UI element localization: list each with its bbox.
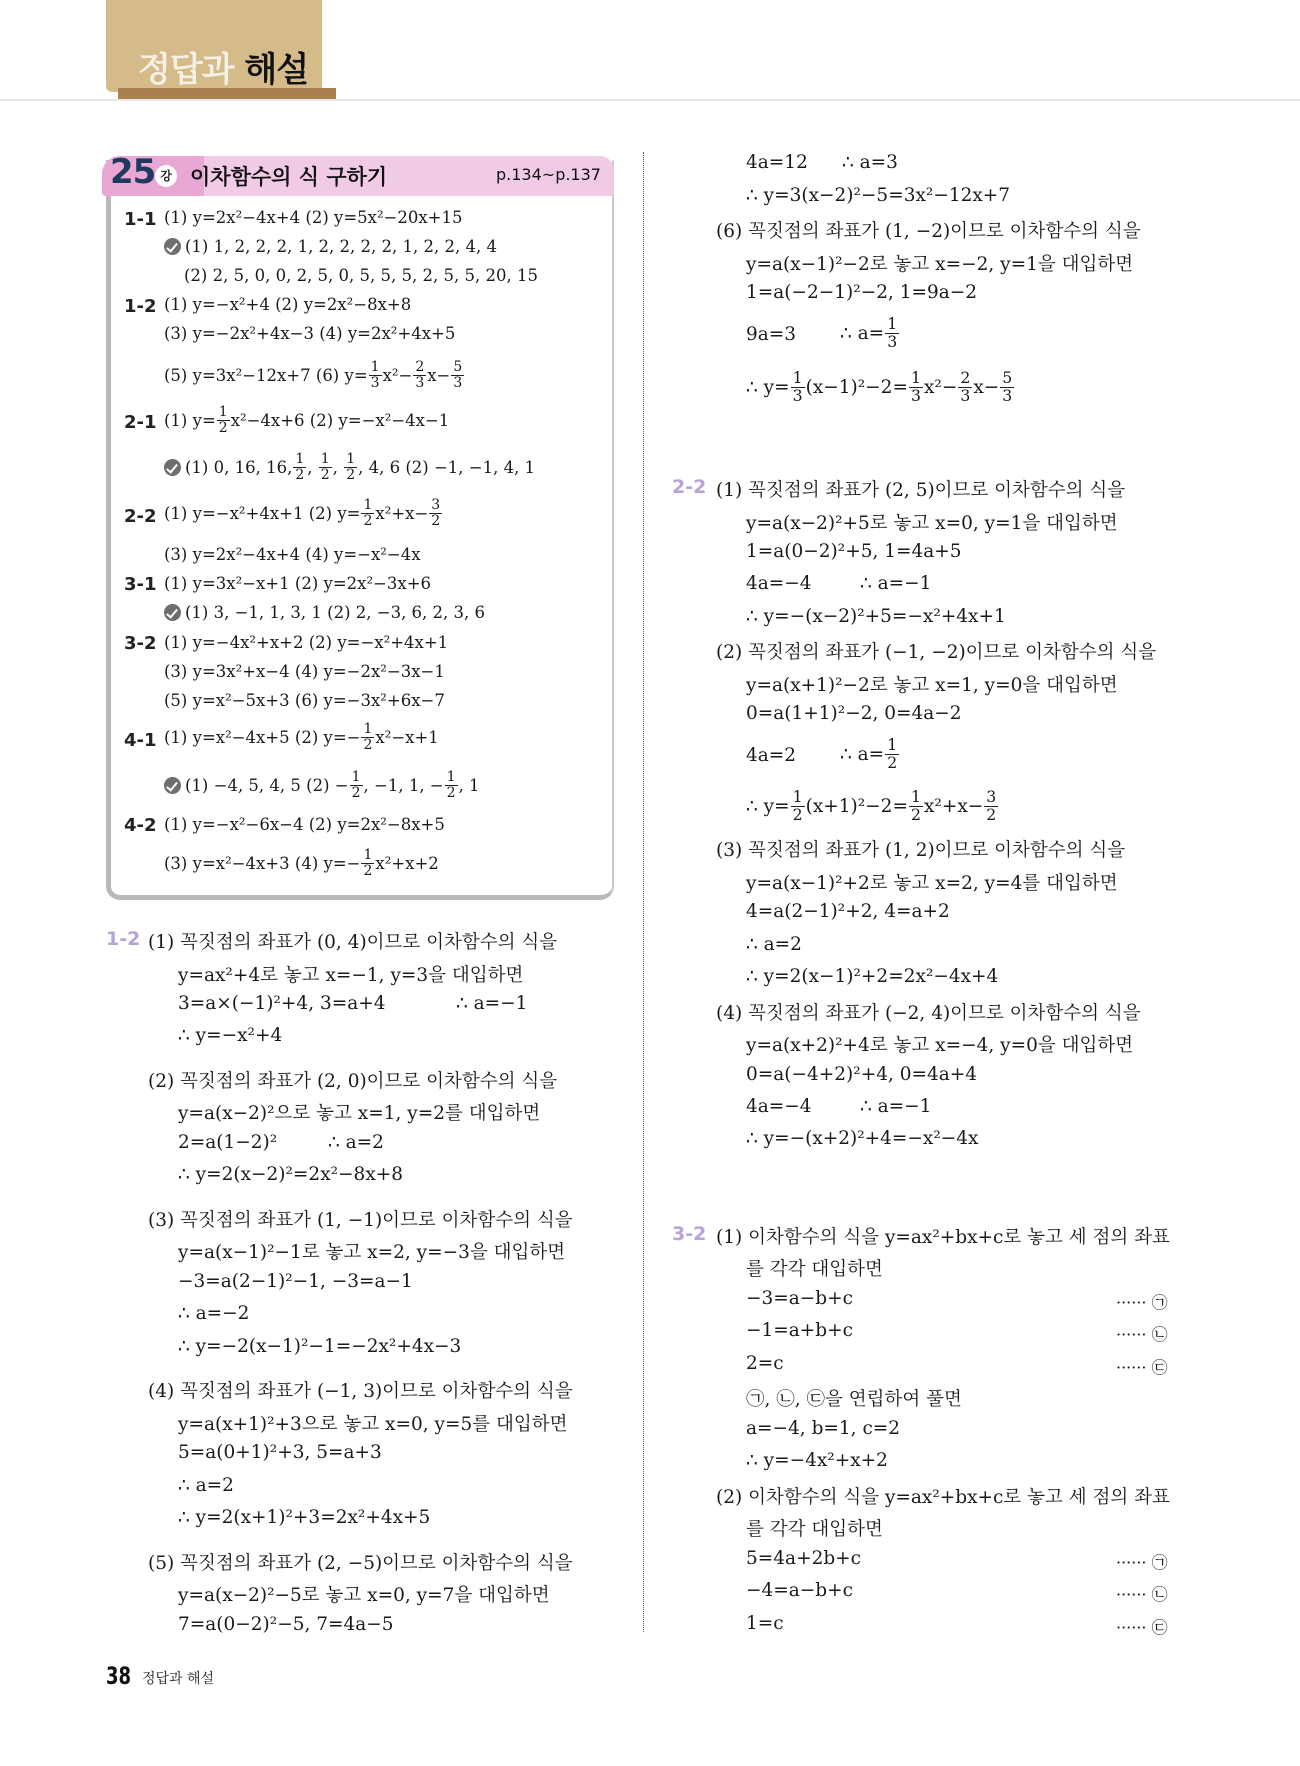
solution-line: 4=a(2−1)²+2, 4=a+2 bbox=[746, 901, 950, 922]
answer-text: (3) y=x²−4x+3 (4) y=− bbox=[164, 854, 360, 873]
answer-label: 2-1 bbox=[124, 412, 157, 433]
solution-line: ∴ y= 12 (x+1)²−2= 12 x²+x− 32 bbox=[746, 789, 999, 823]
page-title-dark: 해설 bbox=[244, 50, 308, 90]
answer-label: 4-2 bbox=[124, 815, 157, 836]
solution-line: −3=a(2−1)²−1, −3=a−1 bbox=[178, 1271, 413, 1292]
equation-marker-1: ······ ㉠ bbox=[1116, 1550, 1168, 1573]
fraction: 12 bbox=[445, 770, 458, 800]
solution-line: (3) 꼭짓점의 좌표가 (1, 2)이므로 이차함수의 식을 bbox=[716, 836, 1125, 862]
solution-text: (x−1)²−2= bbox=[806, 377, 908, 398]
solution-line: 5=a(0+1)²+3, 5=a+3 bbox=[178, 1442, 382, 1463]
solution-text: x− bbox=[973, 377, 999, 398]
solution-line: ∴ y=−(x+2)²+4=−x²−4x bbox=[746, 1128, 979, 1149]
solution-text: x²− bbox=[924, 377, 957, 398]
fraction: 32 bbox=[429, 498, 442, 528]
hint-line: (1) 0, 16, 16, 12, 12, 12 , 4, 6 (2) −1,… bbox=[164, 452, 535, 482]
solution-line: −4=a−b+c bbox=[746, 1580, 853, 1601]
solution-line: (2) 이차함수의 식을 y=ax²+bx+c로 놓고 세 점의 좌표 bbox=[716, 1483, 1170, 1509]
solution-text: x²+x− bbox=[924, 796, 983, 817]
header-divider bbox=[0, 99, 1300, 101]
hint-line: (1) −4, 5, 4, 5 (2) − 12 , −1, 1, − 12 ,… bbox=[164, 770, 480, 800]
solution-line: ∴ a=2 bbox=[178, 1475, 234, 1496]
fraction: 13 bbox=[791, 370, 805, 404]
fraction: 53 bbox=[451, 360, 464, 390]
solution-line: (4) 꼭짓점의 좌표가 (−1, 3)이므로 이차함수의 식을 bbox=[148, 1377, 573, 1403]
solution-line: y=a(x−1)²+2로 놓고 x=2, y=4를 대입하면 bbox=[746, 869, 1118, 895]
answer-line: (1) y= 12 x²−4x+6 (2) y=−x²−4x−1 bbox=[164, 405, 449, 435]
equation-marker-2: ······ ㉡ bbox=[1116, 1582, 1168, 1605]
answer-line: (1) y=−4x²+x+2 (2) y=−x²+4x+1 bbox=[164, 633, 448, 652]
page-title-light: 정답과 bbox=[138, 50, 234, 90]
solution-line: 4a=12 bbox=[746, 152, 808, 173]
solution-line: (2) 꼭짓점의 좌표가 (2, 0)이므로 이차함수의 식을 bbox=[148, 1067, 557, 1093]
hint-text: , −1, 1, − bbox=[364, 776, 444, 795]
solution-line: ∴ a= 12 bbox=[840, 737, 900, 771]
hint-line: (1) 1, 2, 2, 2, 1, 2, 2, 2, 2, 1, 2, 2, … bbox=[164, 237, 497, 256]
hint-icon bbox=[164, 238, 181, 255]
answer-text: x²+x− bbox=[375, 504, 428, 523]
solution-line: y=a(x−2)²−5로 놓고 x=0, y=7을 대입하면 bbox=[178, 1581, 550, 1607]
solution-line: y=a(x+1)²+3으로 놓고 x=0, y=5를 대입하면 bbox=[178, 1410, 567, 1436]
answer-text: (5) y=3x²−12x+7 (6) y= bbox=[164, 366, 368, 385]
equation-marker-2: ······ ㉡ bbox=[1116, 1322, 1168, 1345]
hint-text: , 1 bbox=[459, 776, 480, 795]
answer-text: x²+x+2 bbox=[375, 854, 438, 873]
fraction: 23 bbox=[413, 360, 426, 390]
solution-line: 를 각각 대입하면 bbox=[746, 1255, 883, 1281]
solution-line: ∴ y=2(x−1)²+2=2x²−4x+4 bbox=[746, 966, 998, 987]
solution-line: (6) 꼭짓점의 좌표가 (1, −2)이므로 이차함수의 식을 bbox=[716, 217, 1141, 243]
column-divider bbox=[643, 152, 644, 1632]
fraction: 13 bbox=[369, 360, 382, 390]
answer-line: (3) y=2x²−4x+4 (4) y=−x²−4x bbox=[164, 545, 421, 564]
solution-line: ∴ a= 13 bbox=[840, 316, 900, 350]
lesson-number: 25 bbox=[110, 152, 155, 192]
fraction: 12 bbox=[217, 405, 230, 435]
hint-icon bbox=[164, 604, 181, 621]
solution-line: ∴ y=−(x−2)²+5=−x²+4x+1 bbox=[746, 606, 1006, 627]
solution-line: (1) 꼭짓점의 좌표가 (2, 5)이므로 이차함수의 식을 bbox=[716, 476, 1125, 502]
solution-line: ∴ a=−2 bbox=[178, 1303, 249, 1324]
solution-line: 1=a(0−2)²+5, 1=4a+5 bbox=[746, 541, 962, 562]
fraction: 12 bbox=[361, 848, 374, 878]
solution-line: ㉠, ㉡, ㉢을 연립하여 풀면 bbox=[746, 1385, 962, 1411]
solution-line: −3=a−b+c bbox=[746, 1288, 853, 1309]
answer-line: (5) y=x²−5x+3 (6) y=−3x²+6x−7 bbox=[164, 691, 445, 710]
answer-text: (1) y=x²−4x+5 (2) y=− bbox=[164, 728, 360, 747]
solution-line: (5) 꼭짓점의 좌표가 (2, −5)이므로 이차함수의 식을 bbox=[148, 1549, 573, 1575]
hint-text: (1) 3, −1, 1, 3, 1 (2) 2, −3, 6, 2, 3, 6 bbox=[185, 603, 485, 622]
lesson-pages: p.134~p.137 bbox=[496, 165, 601, 184]
solution-line: (4) 꼭짓점의 좌표가 (−2, 4)이므로 이차함수의 식을 bbox=[716, 999, 1141, 1025]
solution-line: y=a(x−1)²−1로 놓고 x=2, y=−3을 대입하면 bbox=[178, 1238, 565, 1264]
fraction: 32 bbox=[984, 789, 998, 823]
solution-line: ∴ y=−4x²+x+2 bbox=[746, 1450, 888, 1471]
solution-line: ∴ a=3 bbox=[842, 152, 898, 173]
fraction: 13 bbox=[909, 370, 923, 404]
solution-line: (3) 꼭짓점의 좌표가 (1, −1)이므로 이차함수의 식을 bbox=[148, 1206, 573, 1232]
solution-label: 2-2 bbox=[672, 476, 706, 498]
solution-line: ∴ a=−1 bbox=[860, 1096, 931, 1117]
answer-text: x− bbox=[427, 366, 450, 385]
solution-line: 0=a(−4+2)²+4, 0=4a+4 bbox=[746, 1064, 977, 1085]
solution-line: 0=a(1+1)²−2, 0=4a−2 bbox=[746, 703, 962, 724]
fraction: 12 bbox=[909, 789, 923, 823]
hint-text: (1) 0, 16, 16, bbox=[185, 458, 292, 477]
answer-label: 3-2 bbox=[124, 633, 157, 654]
footer-text: 정답과 해설 bbox=[142, 1668, 214, 1688]
solution-line: (1) 꼭짓점의 좌표가 (0, 4)이므로 이차함수의 식을 bbox=[148, 928, 557, 954]
solution-line: 4a=2 bbox=[746, 745, 796, 766]
solution-line: y=ax²+4로 놓고 x=−1, y=3을 대입하면 bbox=[178, 961, 523, 987]
solution-text: ∴ a= bbox=[840, 744, 884, 765]
solution-line: y=a(x+1)²−2로 놓고 x=1, y=0을 대입하면 bbox=[746, 671, 1118, 697]
fraction: 23 bbox=[958, 370, 972, 404]
answer-text: x²− bbox=[383, 366, 413, 385]
answer-text: (1) y= bbox=[164, 411, 216, 430]
solution-line: ∴ y=−2(x−1)²−1=−2x²+4x−3 bbox=[178, 1336, 461, 1357]
lesson-kang-badge: 강 bbox=[155, 165, 177, 187]
solution-line: y=a(x−1)²−2로 놓고 x=−2, y=1을 대입하면 bbox=[746, 250, 1133, 276]
solution-line: 9a=3 bbox=[746, 324, 796, 345]
fraction: 12 bbox=[319, 452, 332, 482]
solution-line: ∴ y=−x²+4 bbox=[178, 1025, 282, 1046]
solution-line: 5=4a+2b+c bbox=[746, 1548, 861, 1569]
answer-line: (1) y=−x²+4 (2) y=2x²−8x+8 bbox=[164, 295, 411, 314]
solution-line: y=a(x−2)²+5로 놓고 x=0, y=1을 대입하면 bbox=[746, 509, 1118, 535]
answer-text: (1) y=−x²+4x+1 (2) y= bbox=[164, 504, 360, 523]
solution-line: y=a(x+2)²+4로 놓고 x=−4, y=0을 대입하면 bbox=[746, 1031, 1133, 1057]
solution-line: (1) 이차함수의 식을 y=ax²+bx+c로 놓고 세 점의 좌표 bbox=[716, 1223, 1170, 1249]
lesson-title: 이차함수의 식 구하기 bbox=[190, 161, 387, 191]
answer-line: (1) y=−x²+4x+1 (2) y= 12 x²+x− 32 bbox=[164, 498, 443, 528]
hint-text: (1) 1, 2, 2, 2, 1, 2, 2, 2, 2, 1, 2, 2, … bbox=[185, 237, 497, 256]
fraction: 12 bbox=[885, 737, 899, 771]
solution-line: ∴ a=2 bbox=[328, 1132, 384, 1153]
solution-label: 1-2 bbox=[106, 928, 140, 950]
fraction: 12 bbox=[344, 452, 357, 482]
fraction: 12 bbox=[791, 789, 805, 823]
page-title: 정답과 해설 bbox=[138, 42, 308, 91]
hint-icon bbox=[164, 459, 181, 476]
solution-text: ∴ y= bbox=[746, 377, 790, 398]
fraction: 13 bbox=[885, 316, 899, 350]
solution-text: ∴ a= bbox=[840, 323, 884, 344]
answer-line: (1) y=2x²−4x+4 (2) y=5x²−20x+15 bbox=[164, 208, 463, 227]
answer-line: (3) y=3x²+x−4 (4) y=−2x²−3x−1 bbox=[164, 662, 445, 681]
solution-line: 1=a(−2−1)²−2, 1=9a−2 bbox=[746, 282, 977, 303]
answer-line: (1) y=3x²−x+1 (2) y=2x²−3x+6 bbox=[164, 574, 431, 593]
solution-line: 를 각각 대입하면 bbox=[746, 1515, 883, 1541]
solution-line: ∴ a=2 bbox=[746, 934, 802, 955]
solution-line: ∴ a=−1 bbox=[456, 993, 527, 1014]
solution-line: 3=a×(−1)²+4, 3=a+4 bbox=[178, 993, 386, 1014]
hint-icon bbox=[164, 777, 181, 794]
solution-line: ∴ y= 13 (x−1)²−2= 13 x²− 23 x− 53 bbox=[746, 370, 1015, 404]
answer-text: x²−4x+6 (2) y=−x²−4x−1 bbox=[231, 411, 450, 430]
solution-line: 4a=−4 bbox=[746, 1096, 812, 1117]
answer-line: (1) y=x²−4x+5 (2) y=− 12 x²−x+1 bbox=[164, 722, 439, 752]
fraction: 12 bbox=[361, 722, 374, 752]
answer-label: 2-2 bbox=[124, 506, 157, 527]
solution-line: ∴ a=−1 bbox=[860, 573, 931, 594]
answer-line: (5) y=3x²−12x+7 (6) y= 13 x²− 23 x− 53 bbox=[164, 360, 465, 390]
solution-label: 3-2 bbox=[672, 1223, 706, 1245]
solution-line: 4a=−4 bbox=[746, 573, 812, 594]
hint-line: (2) 2, 5, 0, 0, 2, 5, 0, 5, 5, 5, 2, 5, … bbox=[184, 266, 538, 285]
solution-text: (x+1)²−2= bbox=[806, 796, 908, 817]
hint-line: (1) 3, −1, 1, 3, 1 (2) 2, −3, 6, 2, 3, 6 bbox=[164, 603, 485, 622]
solution-line: ∴ y=2(x+1)²+3=2x²+4x+5 bbox=[178, 1507, 430, 1528]
solution-line: −1=a+b+c bbox=[746, 1320, 853, 1341]
answer-label: 4-1 bbox=[124, 730, 157, 751]
solution-line: (2) 꼭짓점의 좌표가 (−1, −2)이므로 이차함수의 식을 bbox=[716, 638, 1156, 664]
solution-line: 2=a(1−2)² bbox=[178, 1132, 277, 1153]
fraction: 12 bbox=[293, 452, 306, 482]
solution-line: ∴ y=2(x−2)²=2x²−8x+8 bbox=[178, 1164, 403, 1185]
answer-line: (3) y=−2x²+4x−3 (4) y=2x²+4x+5 bbox=[164, 324, 455, 343]
answer-label: 3-1 bbox=[124, 574, 157, 595]
solution-line: a=−4, b=1, c=2 bbox=[746, 1418, 900, 1439]
solution-line: ∴ y=3(x−2)²−5=3x²−12x+7 bbox=[746, 185, 1010, 206]
hint-text: , 4, 6 (2) −1, −1, 4, 1 bbox=[358, 458, 535, 477]
solution-line: 1=c bbox=[746, 1613, 784, 1634]
hint-text: (1) −4, 5, 4, 5 (2) − bbox=[185, 776, 349, 795]
fraction: 12 bbox=[361, 498, 374, 528]
solution-line: 2=c bbox=[746, 1353, 784, 1374]
equation-marker-3: ······ ㉢ bbox=[1116, 1615, 1168, 1638]
answer-text: x²−x+1 bbox=[375, 728, 438, 747]
fraction: 53 bbox=[1000, 370, 1014, 404]
equation-marker-3: ······ ㉢ bbox=[1116, 1355, 1168, 1378]
answer-label: 1-2 bbox=[124, 296, 157, 317]
answer-line: (3) y=x²−4x+3 (4) y=− 12 x²+x+2 bbox=[164, 848, 439, 878]
solution-line: y=a(x−2)²으로 놓고 x=1, y=2를 대입하면 bbox=[178, 1099, 540, 1125]
solution-line: 7=a(0−2)²−5, 7=4a−5 bbox=[178, 1614, 394, 1635]
equation-marker-1: ······ ㉠ bbox=[1116, 1290, 1168, 1313]
answer-line: (1) y=−x²−6x−4 (2) y=2x²−8x+5 bbox=[164, 815, 445, 834]
page-number: 38 bbox=[106, 1662, 131, 1690]
fraction: 12 bbox=[350, 770, 363, 800]
solution-text: ∴ y= bbox=[746, 796, 790, 817]
answer-label: 1-1 bbox=[124, 209, 157, 230]
